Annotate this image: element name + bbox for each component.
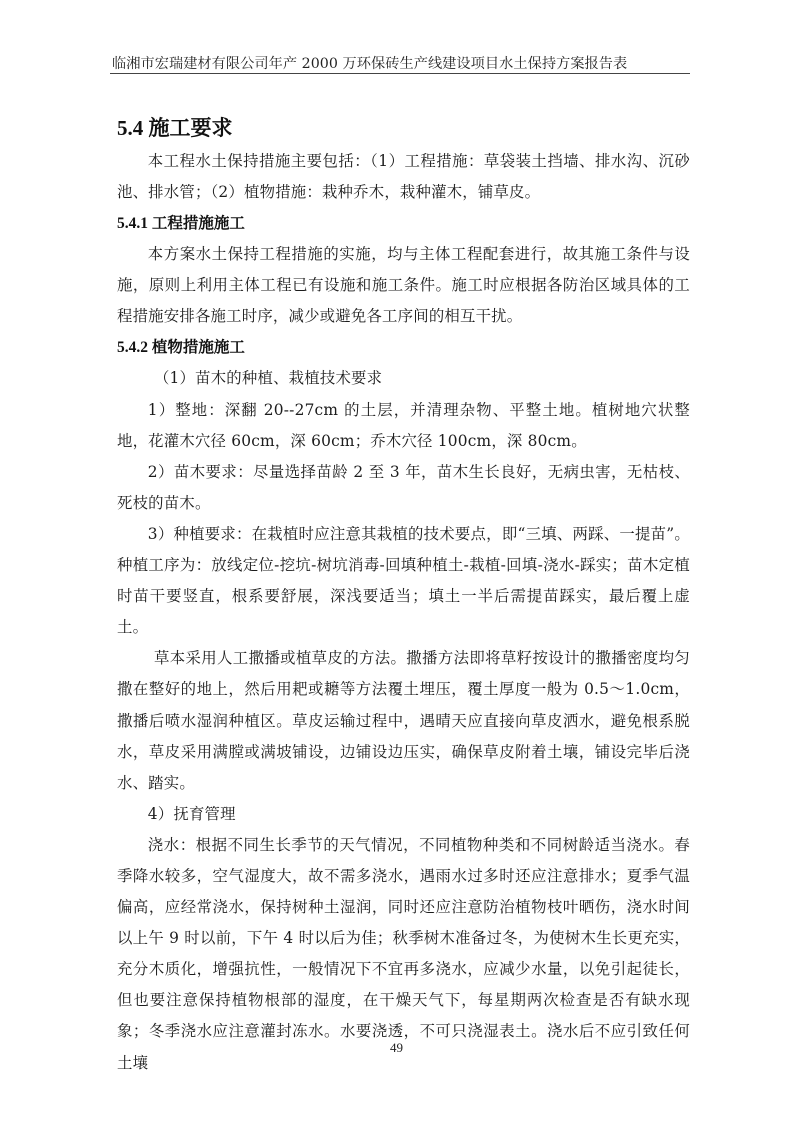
section-intro-paragraph: 本工程水土保持措施主要包括：（1）工程措施：草袋装土挡墙、排水沟、沉砂池、排水管… [117, 146, 690, 208]
maintenance-heading: 4）抚育管理 [117, 799, 690, 830]
engineering-measures-paragraph: 本方案水土保持工程措施的实施，均与主体工程配套进行，故其施工条件与设施，原则上利… [117, 239, 690, 332]
subsection-heading-vegetation: 5.4.2 植物措施施工 [117, 332, 690, 363]
grass-planting-paragraph: 草本采用人工撒播或植草皮的方法。撒播方法即将草籽按设计的撒播密度均匀撒在整好的地… [117, 643, 690, 798]
seedling-requirements-heading: （1）苗木的种植、栽植技术要求 [117, 363, 690, 394]
body-text: 5.4 施工要求 本工程水土保持措施主要包括：（1）工程措施：草袋装土挡墙、排水… [117, 110, 690, 1079]
site-preparation-paragraph: 1）整地：深翻 20--27cm 的土层，并清理杂物、平整土地。植树地穴状整地，… [117, 395, 690, 457]
subsection-heading-engineering: 5.4.1 工程措施施工 [117, 208, 690, 239]
section-heading: 5.4 施工要求 [117, 110, 690, 146]
running-header: 临湘市宏瑞建材有限公司年产 2000 万环保砖生产线建设项目水土保持方案报告表 [112, 56, 690, 73]
page-number: 49 [0, 1040, 793, 1056]
header-rule [110, 73, 690, 74]
document-page: 临湘市宏瑞建材有限公司年产 2000 万环保砖生产线建设项目水土保持方案报告表 … [0, 0, 793, 1122]
planting-requirements-paragraph: 3）种植要求：在栽植时应注意其栽植的技术要点，即“三填、两踩、一提苗”。种植工序… [117, 519, 690, 643]
seedling-requirements-paragraph: 2）苗木要求：尽量选择苗龄 2 至 3 年，苗木生长良好，无病虫害，无枯枝、死枝… [117, 457, 690, 519]
